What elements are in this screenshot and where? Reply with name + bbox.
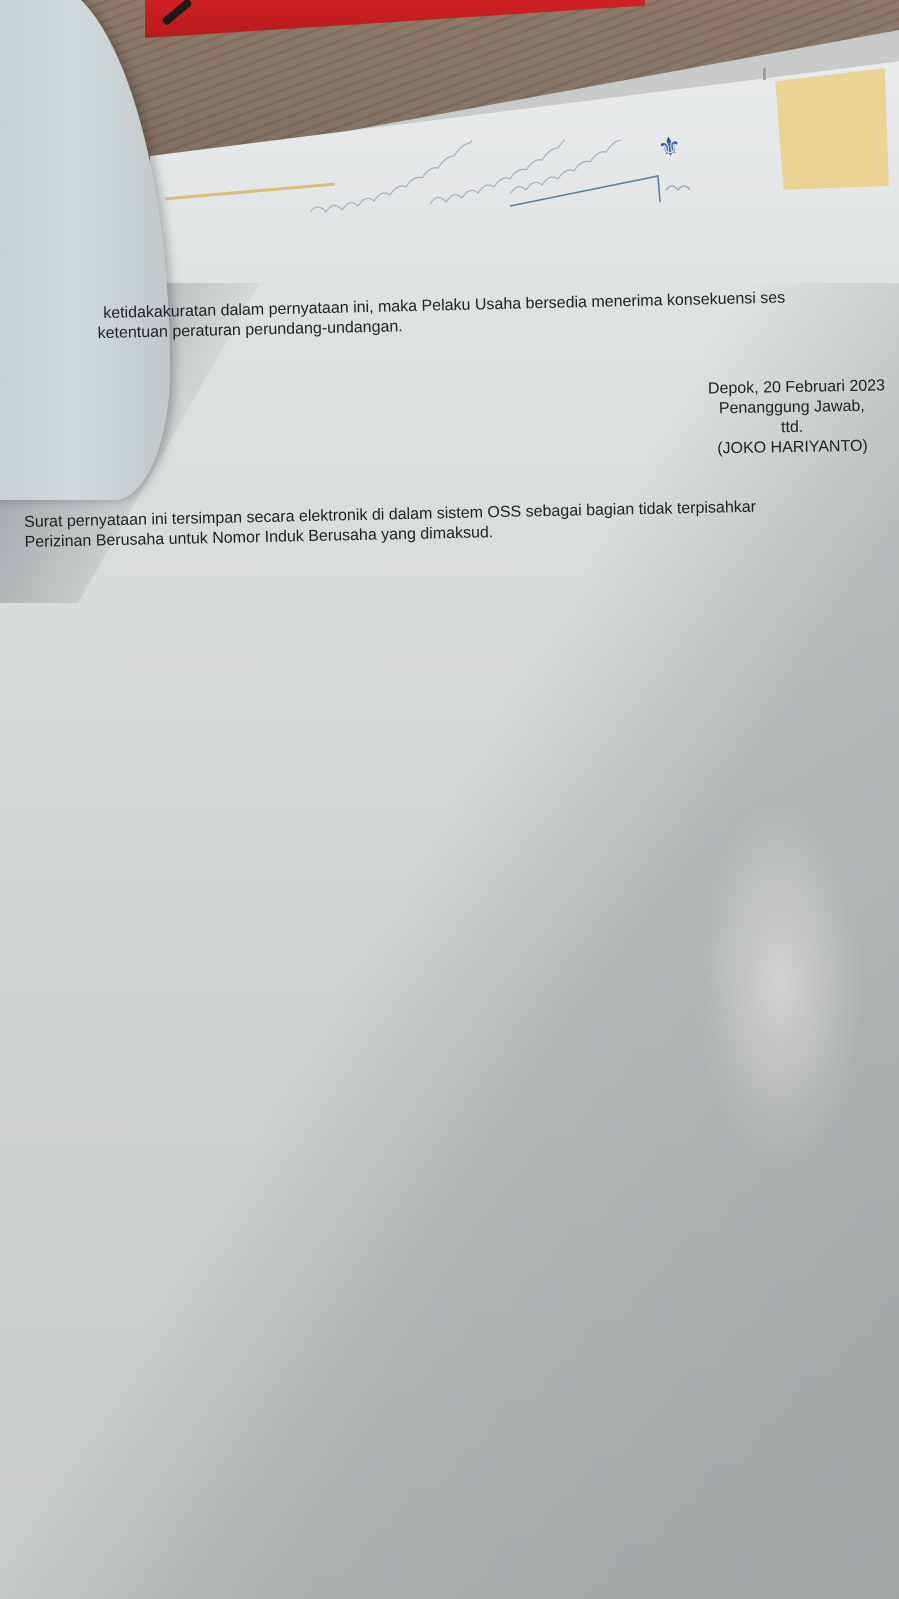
scalloped-border-ornament <box>310 140 710 220</box>
fleur-ornament-icon: ⚜ <box>656 130 692 164</box>
signature-block: Depok, 20 Februari 2023 Penanggung Jawab… <box>671 376 899 460</box>
signature-role: Penanggung Jawab, <box>672 396 899 420</box>
signature-place-date: Depok, 20 Februari 2023 <box>681 376 899 400</box>
sheet-tick-mark <box>763 68 766 80</box>
signature-name: (JOKO HARIYANTO) <box>672 436 899 460</box>
gold-envelope-strip <box>775 68 889 190</box>
